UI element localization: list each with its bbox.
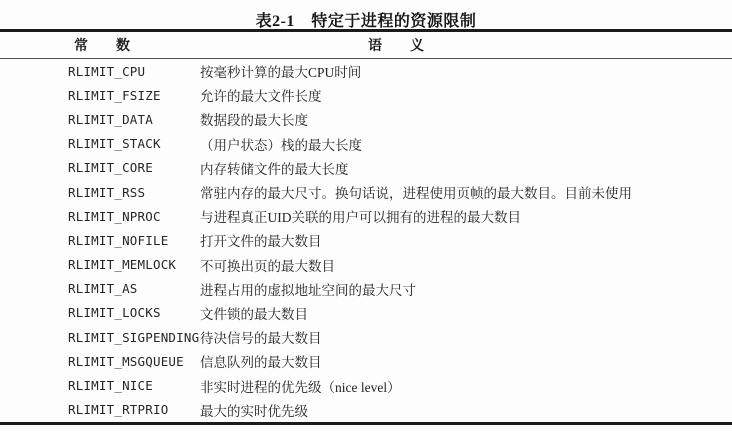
- book-page: 表2-1 特定于进程的资源限制 常 数 语 义 RLIMIT_CPU 按毫秒计算…: [0, 0, 732, 431]
- table-row: RLIMIT_MEMLOCK 不可换出页的最大数目: [0, 253, 732, 277]
- semantic-cell: 常驻内存的最大尺寸。换句话说，进程使用页帧的最大数目。目前未使用: [200, 182, 732, 202]
- constant-cell: RLIMIT_DATA: [0, 112, 200, 127]
- constant-cell: RLIMIT_MEMLOCK: [0, 257, 200, 272]
- constant-cell: RLIMIT_CPU: [0, 64, 200, 79]
- constant-cell: RLIMIT_MSGQUEUE: [0, 354, 200, 369]
- constant-cell: RLIMIT_SIGPENDING: [0, 330, 200, 345]
- table-title: 表2-1 特定于进程的资源限制: [0, 0, 732, 29]
- semantic-cell: 不可换出页的最大数目: [200, 255, 732, 275]
- constant-cell: RLIMIT_RSS: [0, 185, 200, 200]
- column-header-semantic: 语 义: [200, 35, 732, 55]
- semantic-cell: 待决信号的最大数目: [200, 327, 732, 347]
- semantic-cell: 信息队列的最大数目: [200, 351, 732, 371]
- table-header-row: 常 数 语 义: [0, 32, 732, 59]
- semantic-cell: 非实时进程的优先级（nice level）: [200, 376, 732, 396]
- semantic-cell: 内存转储文件的最大长度: [200, 158, 732, 178]
- table-row: RLIMIT_NICE 非实时进程的优先级（nice level）: [0, 373, 732, 397]
- table-row: RLIMIT_LOCKS 文件锁的最大数目: [0, 301, 732, 325]
- constant-cell: RLIMIT_NOFILE: [0, 233, 200, 248]
- table-row: RLIMIT_RTPRIO 最大的实时优先级: [0, 398, 732, 422]
- table-row: RLIMIT_MSGQUEUE 信息队列的最大数目: [0, 349, 732, 373]
- semantic-cell: 按毫秒计算的最大CPU时间: [200, 61, 732, 81]
- table-row: RLIMIT_STACK （用户状态）栈的最大长度: [0, 132, 732, 156]
- semantic-cell: 与进程真正UID关联的用户可以拥有的进程的最大数目: [200, 206, 732, 226]
- table-row: RLIMIT_NOFILE 打开文件的最大数目: [0, 228, 732, 252]
- table-row: RLIMIT_SIGPENDING 待决信号的最大数目: [0, 325, 732, 349]
- constant-cell: RLIMIT_RTPRIO: [0, 402, 200, 417]
- constant-cell: RLIMIT_NPROC: [0, 209, 200, 224]
- semantic-cell: 进程占用的虚拟地址空间的最大尺寸: [200, 279, 732, 299]
- constant-cell: RLIMIT_STACK: [0, 136, 200, 151]
- column-header-constant: 常 数: [0, 35, 200, 55]
- table-row: RLIMIT_NPROC 与进程真正UID关联的用户可以拥有的进程的最大数目: [0, 204, 732, 228]
- resource-limits-table: 常 数 语 义 RLIMIT_CPU 按毫秒计算的最大CPU时间 RLIMIT_…: [0, 29, 732, 425]
- table-row: RLIMIT_FSIZE 允许的最大文件长度: [0, 83, 732, 107]
- constant-cell: RLIMIT_CORE: [0, 160, 200, 175]
- semantic-cell: 打开文件的最大数目: [200, 230, 732, 250]
- semantic-cell: 数据段的最大长度: [200, 109, 732, 129]
- constant-cell: RLIMIT_AS: [0, 281, 200, 296]
- table-row: RLIMIT_CORE 内存转储文件的最大长度: [0, 156, 732, 180]
- constant-cell: RLIMIT_NICE: [0, 378, 200, 393]
- table-row: RLIMIT_RSS 常驻内存的最大尺寸。换句话说，进程使用页帧的最大数目。目前…: [0, 180, 732, 204]
- semantic-cell: 文件锁的最大数目: [200, 303, 732, 323]
- table-row: RLIMIT_AS 进程占用的虚拟地址空间的最大尺寸: [0, 277, 732, 301]
- constant-cell: RLIMIT_LOCKS: [0, 305, 200, 320]
- semantic-cell: 最大的实时优先级: [200, 400, 732, 420]
- table-row: RLIMIT_DATA 数据段的最大长度: [0, 107, 732, 131]
- semantic-cell: （用户状态）栈的最大长度: [200, 134, 732, 154]
- table-body: RLIMIT_CPU 按毫秒计算的最大CPU时间 RLIMIT_FSIZE 允许…: [0, 59, 732, 422]
- constant-cell: RLIMIT_FSIZE: [0, 88, 200, 103]
- table-row: RLIMIT_CPU 按毫秒计算的最大CPU时间: [0, 59, 732, 83]
- semantic-cell: 允许的最大文件长度: [200, 85, 732, 105]
